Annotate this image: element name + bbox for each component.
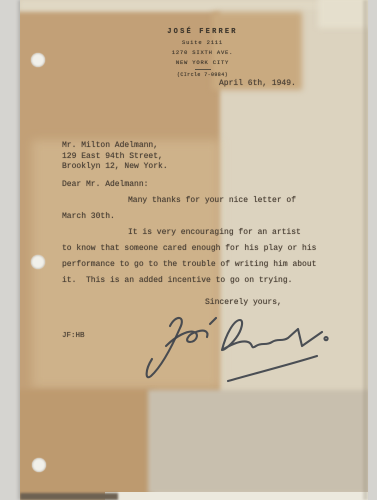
typist-initials: JF:HB [62, 331, 85, 341]
body-line: to know that someone cared enough for hi… [62, 244, 316, 254]
aging-patch [318, 0, 368, 28]
body-line: performance to go to the trouble of writ… [62, 260, 316, 270]
letterhead-divider [195, 69, 211, 70]
recipient-street: 129 East 94th Street, [62, 152, 163, 162]
letterhead-address: 1270 SIXTH AVE. [130, 49, 275, 56]
letterhead-suite: Suite 2111 [130, 39, 275, 46]
date-line: April 6th, 1949. [219, 79, 296, 89]
underlying-sheet-edge [105, 492, 368, 500]
recipient-name: Mr. Milton Adelmann, [62, 141, 158, 151]
salutation: Dear Mr. Adelmann: [62, 180, 148, 190]
punch-hole-middle [31, 255, 45, 269]
letterhead-name: JOSÉ FERRER [130, 28, 275, 36]
letterhead-phone: (CIrcle 7-0984) [130, 72, 275, 78]
paper-edge-shadow [20, 493, 118, 500]
body-line: Many thanks for your nice letter of [128, 196, 296, 206]
jose-ferrer-signature [136, 304, 348, 394]
letterhead: JOSÉ FERRER Suite 2111 1270 SIXTH AVE. N… [130, 28, 275, 78]
aging-patch [148, 390, 368, 494]
aging-patch [20, 390, 154, 500]
letter-paper: JOSÉ FERRER Suite 2111 1270 SIXTH AVE. N… [20, 0, 368, 500]
punch-hole-top [31, 53, 45, 67]
paper-edge-shading [363, 0, 368, 500]
scan-background: { "document_type": "typewritten letter (… [0, 0, 377, 500]
punch-hole-bottom [32, 458, 46, 472]
body-line: it. This is an added incentive to go on … [62, 276, 292, 286]
body-line: It is very encouraging for an artist [128, 228, 301, 238]
letterhead-city: NEW YORK CITY [130, 59, 275, 66]
recipient-city: Brooklyn 12, New York. [62, 162, 168, 172]
body-line: March 30th. [62, 212, 115, 222]
aging-patch [20, 0, 368, 13]
